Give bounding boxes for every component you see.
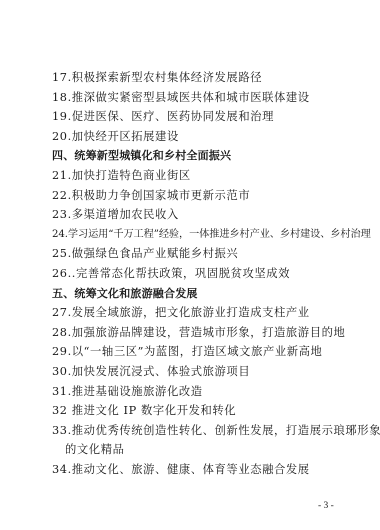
list-item-28: 28.加强旅游品牌建设，营造城市形象，打造旅游目的地 — [52, 323, 352, 343]
list-item-32: 32 推进文化 IP 数字化开发和转化 — [52, 401, 352, 421]
page-number: - 3 - — [318, 501, 334, 511]
list-item-29: 29.以“一轴三区”为蓝图，打造区域文旅产业新高地 — [52, 342, 352, 362]
list-item-21: 21.加快打造特色商业街区 — [52, 166, 352, 186]
list-item-33: 33.推动优秀传统创造性转化、创新性发展，打造展示琅琊形象 — [52, 421, 352, 441]
list-item-27: 27.发展全域旅游，把文化旅游业打造成支柱产业 — [52, 303, 352, 323]
list-item-30: 30.加快发展沉浸式、体验式旅游项目 — [52, 362, 352, 382]
section-heading-4: 四、统筹新型城镇化和乡村全面振兴 — [52, 146, 352, 166]
list-item-31: 31.推进基础设施旅游化改造 — [52, 382, 352, 402]
list-item-33-continuation: 的文化精品 — [52, 440, 352, 460]
list-item-19: 19.促进医保、医疗、医药协同发展和治理 — [52, 107, 352, 127]
list-item-22: 22.积极助力争创国家城市更新示范市 — [52, 186, 352, 206]
document-page: 17.积极探索新型农村集体经济发展路径 18.推深做实紧密型县域医共体和城市医联… — [0, 0, 380, 530]
list-item-24: 24.学习运用“千万工程”经验，一体推进乡村产业、乡村建设、乡村治理 — [52, 225, 352, 245]
list-item-20: 20.加快经开区拓展建设 — [52, 127, 352, 147]
list-item-17: 17.积极探索新型农村集体经济发展路径 — [52, 68, 352, 88]
list-item-34: 34.推动文化、旅游、健康、体育等业态融合发展 — [52, 460, 352, 480]
list-item-26: 26..完善常态化帮扶政策，巩固脱贫攻坚成效 — [52, 264, 352, 284]
section-heading-5: 五、统筹文化和旅游融合发展 — [52, 284, 352, 304]
list-item-18: 18.推深做实紧密型县域医共体和城市医联体建设 — [52, 88, 352, 108]
list-item-23: 23.多渠道增加农民收入 — [52, 205, 352, 225]
list-item-25: 25.做强绿色食品产业赋能乡村振兴 — [52, 244, 352, 264]
document-body: 17.积极探索新型农村集体经济发展路径 18.推深做实紧密型县域医共体和城市医联… — [52, 68, 352, 479]
